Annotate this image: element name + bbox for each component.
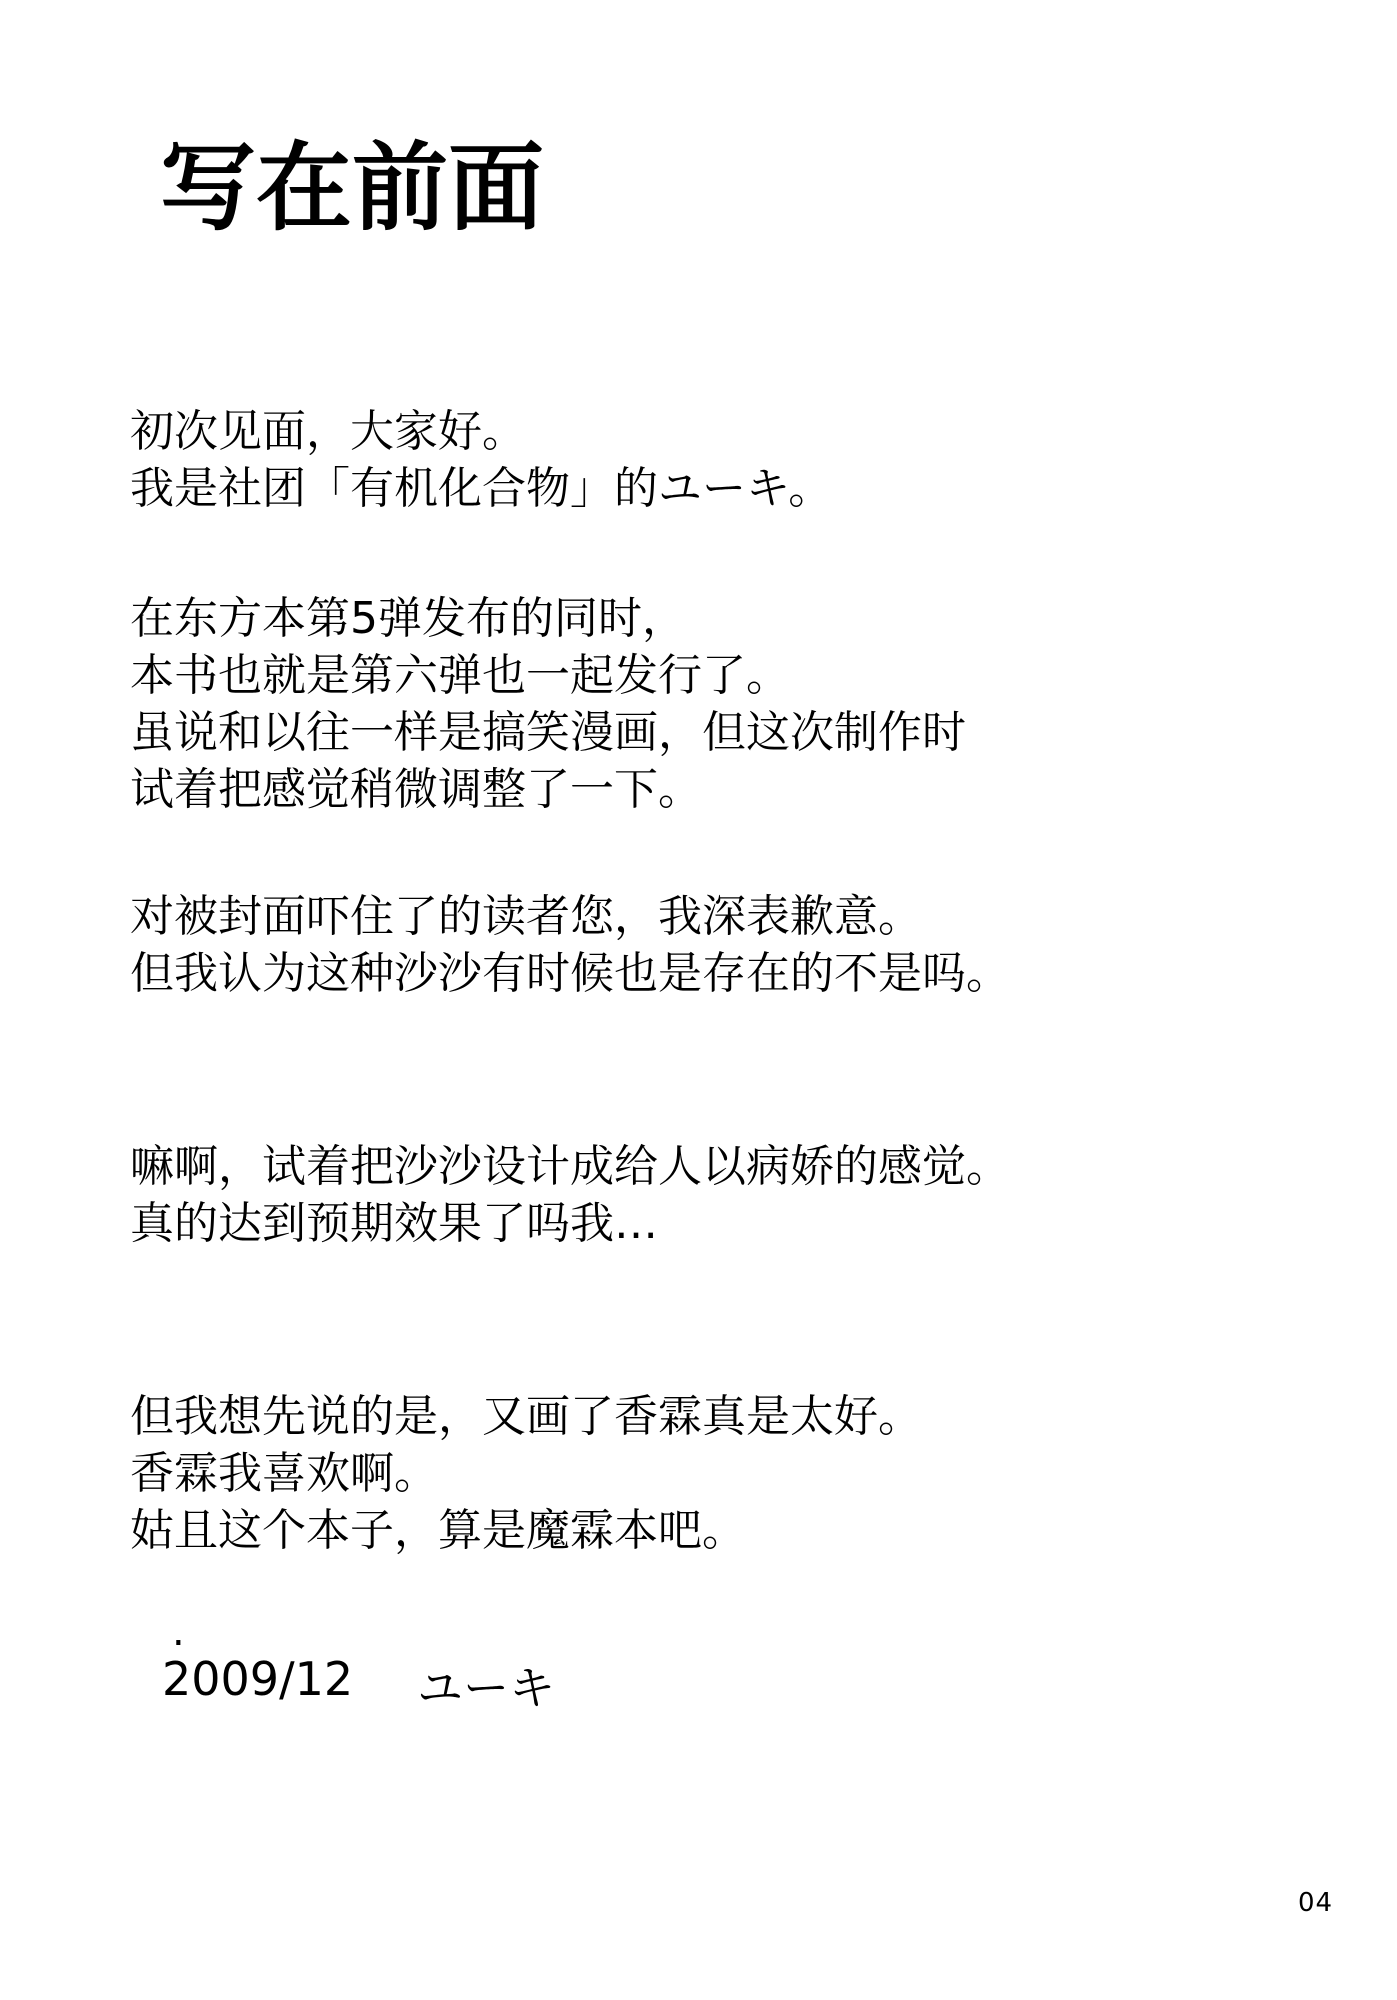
paragraph-closing-thoughts: 但我想先说的是，又画了香霖真是太好。 香霖我喜欢啊。 姑且这个本子，算是魔霖本吧… bbox=[130, 1388, 922, 1559]
text-line: 嘛啊，试着把沙沙设计成给人以病娇的感觉。 bbox=[130, 1138, 1010, 1195]
page-title: 写在前面 bbox=[160, 136, 544, 242]
text-line: 香霖我喜欢啊。 bbox=[130, 1445, 922, 1502]
signature-line: 2009/12 ユーキ bbox=[162, 1652, 555, 1718]
paragraph-character-design: 嘛啊，试着把沙沙设计成给人以病娇的感觉。 真的达到预期效果了吗我… bbox=[130, 1138, 1010, 1252]
text-line: 本书也就是第六弹也一起发行了。 bbox=[130, 647, 966, 704]
page-number: 04 bbox=[1298, 1888, 1333, 1918]
stray-period-mark: . bbox=[172, 1612, 185, 1652]
text-line: 虽说和以往一样是搞笑漫画，但这次制作时 bbox=[130, 704, 966, 761]
text-line: 试着把感觉稍微调整了一下。 bbox=[130, 761, 966, 818]
signature-date: 2009/12 bbox=[162, 1652, 353, 1718]
text-line: 我是社团「有机化合物」的ユーキ。 bbox=[130, 460, 832, 517]
signature-author: ユーキ bbox=[417, 1652, 555, 1718]
paragraph-apology: 对被封面吓住了的读者您，我深表歉意。 但我认为这种沙沙有时候也是存在的不是吗。 bbox=[130, 888, 1010, 1002]
text-line: 但我认为这种沙沙有时候也是存在的不是吗。 bbox=[130, 945, 1010, 1002]
paragraph-greeting: 初次见面，大家好。 我是社团「有机化合物」的ユーキ。 bbox=[130, 403, 832, 517]
text-line: 对被封面吓住了的读者您，我深表歉意。 bbox=[130, 888, 1010, 945]
document-page: 写在前面 初次见面，大家好。 我是社团「有机化合物」的ユーキ。 在东方本第5弹发… bbox=[0, 0, 1397, 2000]
text-line: 但我想先说的是，又画了香霖真是太好。 bbox=[130, 1388, 922, 1445]
text-line: 真的达到预期效果了吗我… bbox=[130, 1195, 1010, 1252]
text-line: 初次见面，大家好。 bbox=[130, 403, 832, 460]
text-line: 姑且这个本子，算是魔霖本吧。 bbox=[130, 1502, 922, 1559]
text-line: 在东方本第5弹发布的同时， bbox=[130, 590, 966, 647]
paragraph-release-info: 在东方本第5弹发布的同时， 本书也就是第六弹也一起发行了。 虽说和以往一样是搞笑… bbox=[130, 590, 966, 818]
